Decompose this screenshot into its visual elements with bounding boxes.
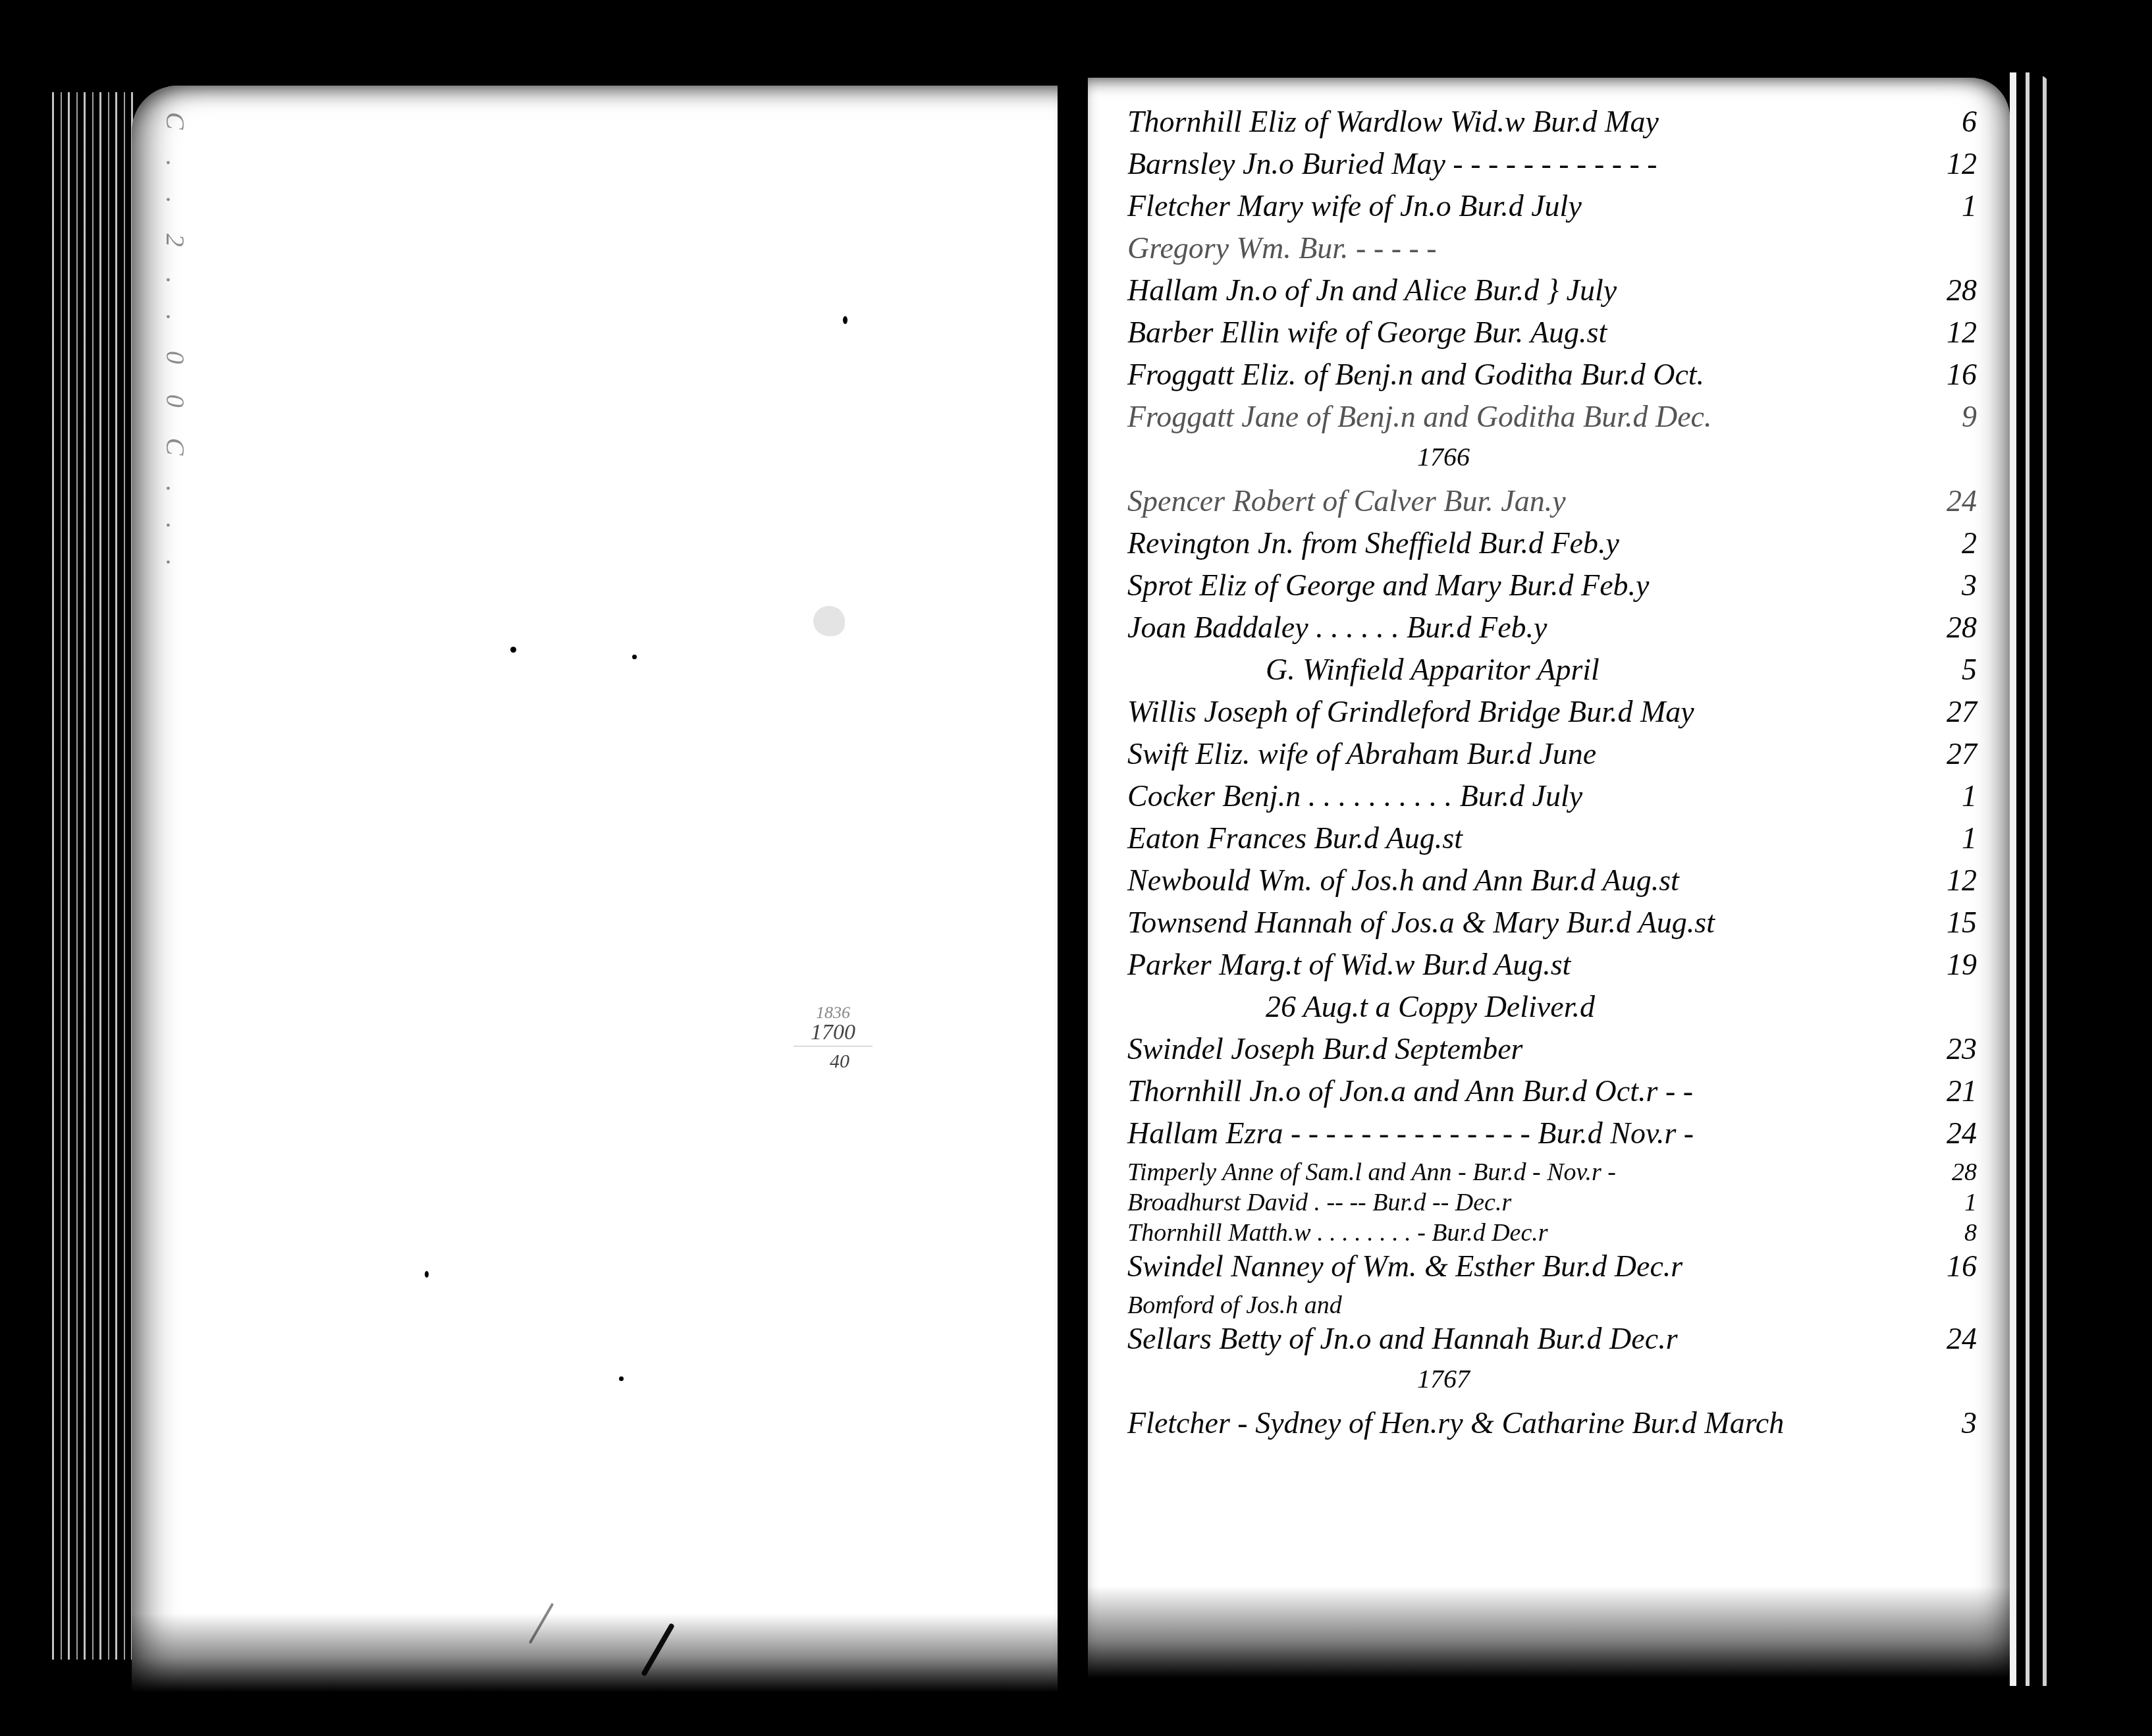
ink-speck bbox=[425, 1271, 429, 1278]
entry-day: 9 bbox=[1962, 399, 1977, 434]
entry-day: 15 bbox=[1947, 905, 1977, 940]
burial-entry: G. Winfield Apparitor April5 bbox=[1127, 652, 1983, 694]
burial-entry: 1767 bbox=[1127, 1363, 1983, 1405]
burial-entry: Swift Eliz. wife of Abraham Bur.d June27 bbox=[1127, 736, 1983, 778]
entry-day: 28 bbox=[1947, 273, 1977, 308]
entry-day: 19 bbox=[1947, 947, 1977, 982]
burial-entry: Sprot Eliz of George and Mary Bur.d Feb.… bbox=[1127, 568, 1983, 610]
entry-text: Hallam Jn.o of Jn and Alice Bur.d } July bbox=[1127, 273, 1617, 308]
entry-day: 24 bbox=[1947, 483, 1977, 518]
burial-entry: Froggatt Eliz. of Benj.n and Goditha Bur… bbox=[1127, 357, 1983, 399]
entry-text: Willis Joseph of Grindleford Bridge Bur.… bbox=[1127, 694, 1694, 729]
burial-entry: Newbould Wm. of Jos.h and Ann Bur.d Aug.… bbox=[1127, 863, 1983, 905]
scan-background: C . . 2 . . 0 0 C . . . 1836 1700 40 Tho… bbox=[0, 0, 2152, 1736]
entry-day: 12 bbox=[1947, 863, 1977, 898]
burial-entries: Thornhill Eliz of Wardlow Wid.w Bur.d Ma… bbox=[1127, 104, 1983, 1448]
entry-day: 6 bbox=[1962, 104, 1977, 139]
burial-entry: Willis Joseph of Grindleford Bridge Bur.… bbox=[1127, 694, 1983, 736]
entry-text: Fletcher - Sydney of Hen.ry & Catharine … bbox=[1127, 1405, 1784, 1440]
paper-stain bbox=[813, 606, 845, 636]
burial-entry: Froggatt Jane of Benj.n and Goditha Bur.… bbox=[1127, 399, 1983, 441]
entry-day: 12 bbox=[1947, 146, 1977, 181]
entry-text: G. Winfield Apparitor April bbox=[1266, 652, 1600, 687]
entry-day: 16 bbox=[1947, 1249, 1977, 1284]
entry-day: 1 bbox=[1964, 1188, 1977, 1217]
burial-entry: Townsend Hannah of Jos.a & Mary Bur.d Au… bbox=[1127, 905, 1983, 947]
page-shadow bbox=[132, 1614, 1067, 1693]
entry-text: Broadhurst David . -- -- Bur.d -- Dec.r bbox=[1127, 1188, 1511, 1217]
entry-text: Thornhill Jn.o of Jon.a and Ann Bur.d Oc… bbox=[1127, 1073, 1693, 1108]
ink-speck bbox=[632, 655, 637, 659]
burial-entry: Fletcher - Sydney of Hen.ry & Catharine … bbox=[1127, 1405, 1983, 1448]
left-page: C . . 2 . . 0 0 C . . . 1836 1700 40 bbox=[132, 86, 1067, 1693]
burial-entry: Hallam Jn.o of Jn and Alice Bur.d } July… bbox=[1127, 273, 1983, 315]
entry-day: 28 bbox=[1952, 1158, 1977, 1187]
entry-text: Hallam Ezra - - - - - - - - - - - - - - … bbox=[1127, 1116, 1694, 1151]
entry-text: 26 Aug.t a Coppy Deliver.d bbox=[1266, 989, 1595, 1024]
entry-text: Sellars Betty of Jn.o and Hannah Bur.d D… bbox=[1127, 1321, 1678, 1356]
entry-day: 21 bbox=[1947, 1073, 1977, 1108]
burial-entry: Barnsley Jn.o Buried May - - - - - - - -… bbox=[1127, 146, 1983, 188]
entry-day: 28 bbox=[1947, 610, 1977, 645]
burial-entry: Swindel Joseph Bur.d September23 bbox=[1127, 1031, 1983, 1073]
entry-text: Thornhill Matth.w . . . . . . . . - Bur.… bbox=[1127, 1218, 1548, 1247]
burial-entry: Cocker Benj.n . . . . . . . . . . Bur.d … bbox=[1127, 778, 1983, 821]
entry-day: 2 bbox=[1962, 526, 1977, 560]
entry-text: Barnsley Jn.o Buried May - - - - - - - -… bbox=[1127, 146, 1657, 181]
burial-entry: Gregory Wm. Bur. - - - - - bbox=[1127, 231, 1983, 273]
burial-entry: Bomford of Jos.h and bbox=[1127, 1291, 1983, 1321]
burial-entry: Thornhill Eliz of Wardlow Wid.w Bur.d Ma… bbox=[1127, 104, 1983, 146]
burial-entry: Hallam Ezra - - - - - - - - - - - - - - … bbox=[1127, 1116, 1983, 1158]
tally-line-2: 1700 bbox=[794, 1021, 873, 1046]
entry-day: 1 bbox=[1962, 821, 1977, 855]
entry-day: 1 bbox=[1962, 778, 1977, 813]
ink-speck bbox=[619, 1376, 624, 1381]
entry-text: Froggatt Eliz. of Benj.n and Goditha Bur… bbox=[1127, 357, 1704, 392]
entry-day: 27 bbox=[1947, 694, 1977, 729]
ink-speck bbox=[510, 647, 516, 653]
entry-text: Gregory Wm. Bur. - - - - - bbox=[1127, 231, 1437, 265]
burial-entry: Swindel Nanney of Wm. & Esther Bur.d Dec… bbox=[1127, 1249, 1983, 1291]
burial-entry: Timperly Anne of Sam.l and Ann - Bur.d -… bbox=[1127, 1158, 1983, 1188]
entry-text: Parker Marg.t of Wid.w Bur.d Aug.st bbox=[1127, 947, 1571, 982]
book-page-edges bbox=[46, 92, 138, 1660]
entry-day: 24 bbox=[1947, 1116, 1977, 1151]
entry-day: 12 bbox=[1947, 315, 1977, 350]
burial-entry: Thornhill Jn.o of Jon.a and Ann Bur.d Oc… bbox=[1127, 1073, 1983, 1116]
entry-text: Eaton Frances Bur.d Aug.st bbox=[1127, 821, 1463, 855]
burial-entry: Spencer Robert of Calver Bur. Jan.y24 bbox=[1127, 483, 1983, 526]
burial-entry: Parker Marg.t of Wid.w Bur.d Aug.st19 bbox=[1127, 947, 1983, 989]
entry-text: Cocker Benj.n . . . . . . . . . . Bur.d … bbox=[1127, 778, 1582, 813]
entry-day: 27 bbox=[1947, 736, 1977, 771]
entry-day: 3 bbox=[1962, 1405, 1977, 1440]
entry-text: Revington Jn. from Sheffield Bur.d Feb.y bbox=[1127, 526, 1619, 560]
burial-entry: Revington Jn. from Sheffield Bur.d Feb.y… bbox=[1127, 526, 1983, 568]
entry-text: Sprot Eliz of George and Mary Bur.d Feb.… bbox=[1127, 568, 1650, 603]
entry-text: Spencer Robert of Calver Bur. Jan.y bbox=[1127, 483, 1566, 518]
burial-entry: Eaton Frances Bur.d Aug.st1 bbox=[1127, 821, 1983, 863]
entry-text: Swift Eliz. wife of Abraham Bur.d June bbox=[1127, 736, 1596, 771]
burial-entry: Barber Ellin wife of George Bur. Aug.st1… bbox=[1127, 315, 1983, 357]
burial-entry: Joan Baddaley . . . . . . Bur.d Feb.y28 bbox=[1127, 610, 1983, 652]
left-margin-bleed-text: C . . 2 . . 0 0 C . . . bbox=[151, 112, 191, 1561]
page-shadow bbox=[1088, 1586, 2010, 1678]
entry-day: 3 bbox=[1962, 568, 1977, 603]
entry-text: Bomford of Jos.h and bbox=[1127, 1291, 1342, 1320]
book-gutter bbox=[1058, 86, 1067, 1693]
entry-text: Townsend Hannah of Jos.a & Mary Bur.d Au… bbox=[1127, 905, 1715, 940]
entry-text: Fletcher Mary wife of Jn.o Bur.d July bbox=[1127, 188, 1582, 223]
burial-entry: Broadhurst David . -- -- Bur.d -- Dec.r1 bbox=[1127, 1188, 1983, 1218]
entry-text: Thornhill Eliz of Wardlow Wid.w Bur.d Ma… bbox=[1127, 104, 1659, 139]
pencil-tally: 1836 1700 40 bbox=[794, 1004, 873, 1071]
burial-entry: 1766 bbox=[1127, 441, 1983, 483]
entry-text: 1766 bbox=[1417, 441, 1470, 472]
burial-entry: Sellars Betty of Jn.o and Hannah Bur.d D… bbox=[1127, 1321, 1983, 1363]
burial-entry: Fletcher Mary wife of Jn.o Bur.d July1 bbox=[1127, 188, 1983, 231]
entry-text: Froggatt Jane of Benj.n and Goditha Bur.… bbox=[1127, 399, 1712, 434]
entry-text: Swindel Joseph Bur.d September bbox=[1127, 1031, 1522, 1066]
entry-text: Newbould Wm. of Jos.h and Ann Bur.d Aug.… bbox=[1127, 863, 1679, 898]
burial-entry: 26 Aug.t a Coppy Deliver.d bbox=[1127, 989, 1983, 1031]
entry-text: Timperly Anne of Sam.l and Ann - Bur.d -… bbox=[1127, 1158, 1616, 1187]
burial-entry: Thornhill Matth.w . . . . . . . . - Bur.… bbox=[1127, 1218, 1983, 1249]
entry-day: 5 bbox=[1962, 652, 1977, 687]
entry-day: 23 bbox=[1947, 1031, 1977, 1066]
right-page: Thornhill Eliz of Wardlow Wid.w Bur.d Ma… bbox=[1088, 78, 2010, 1678]
entry-day: 16 bbox=[1947, 357, 1977, 392]
entry-text: Barber Ellin wife of George Bur. Aug.st bbox=[1127, 315, 1607, 350]
book-right-edge bbox=[2010, 72, 2056, 1686]
entry-day: 8 bbox=[1964, 1218, 1977, 1247]
entry-text: Joan Baddaley . . . . . . Bur.d Feb.y bbox=[1127, 610, 1547, 645]
ink-speck bbox=[843, 316, 847, 324]
entry-day: 24 bbox=[1947, 1321, 1977, 1356]
entry-day: 1 bbox=[1962, 188, 1977, 223]
entry-text: 1767 bbox=[1417, 1363, 1470, 1394]
entry-text: Swindel Nanney of Wm. & Esther Bur.d Dec… bbox=[1127, 1249, 1682, 1284]
tally-line-3: 40 bbox=[794, 1046, 873, 1071]
tally-line-1: 1836 bbox=[794, 1004, 873, 1021]
